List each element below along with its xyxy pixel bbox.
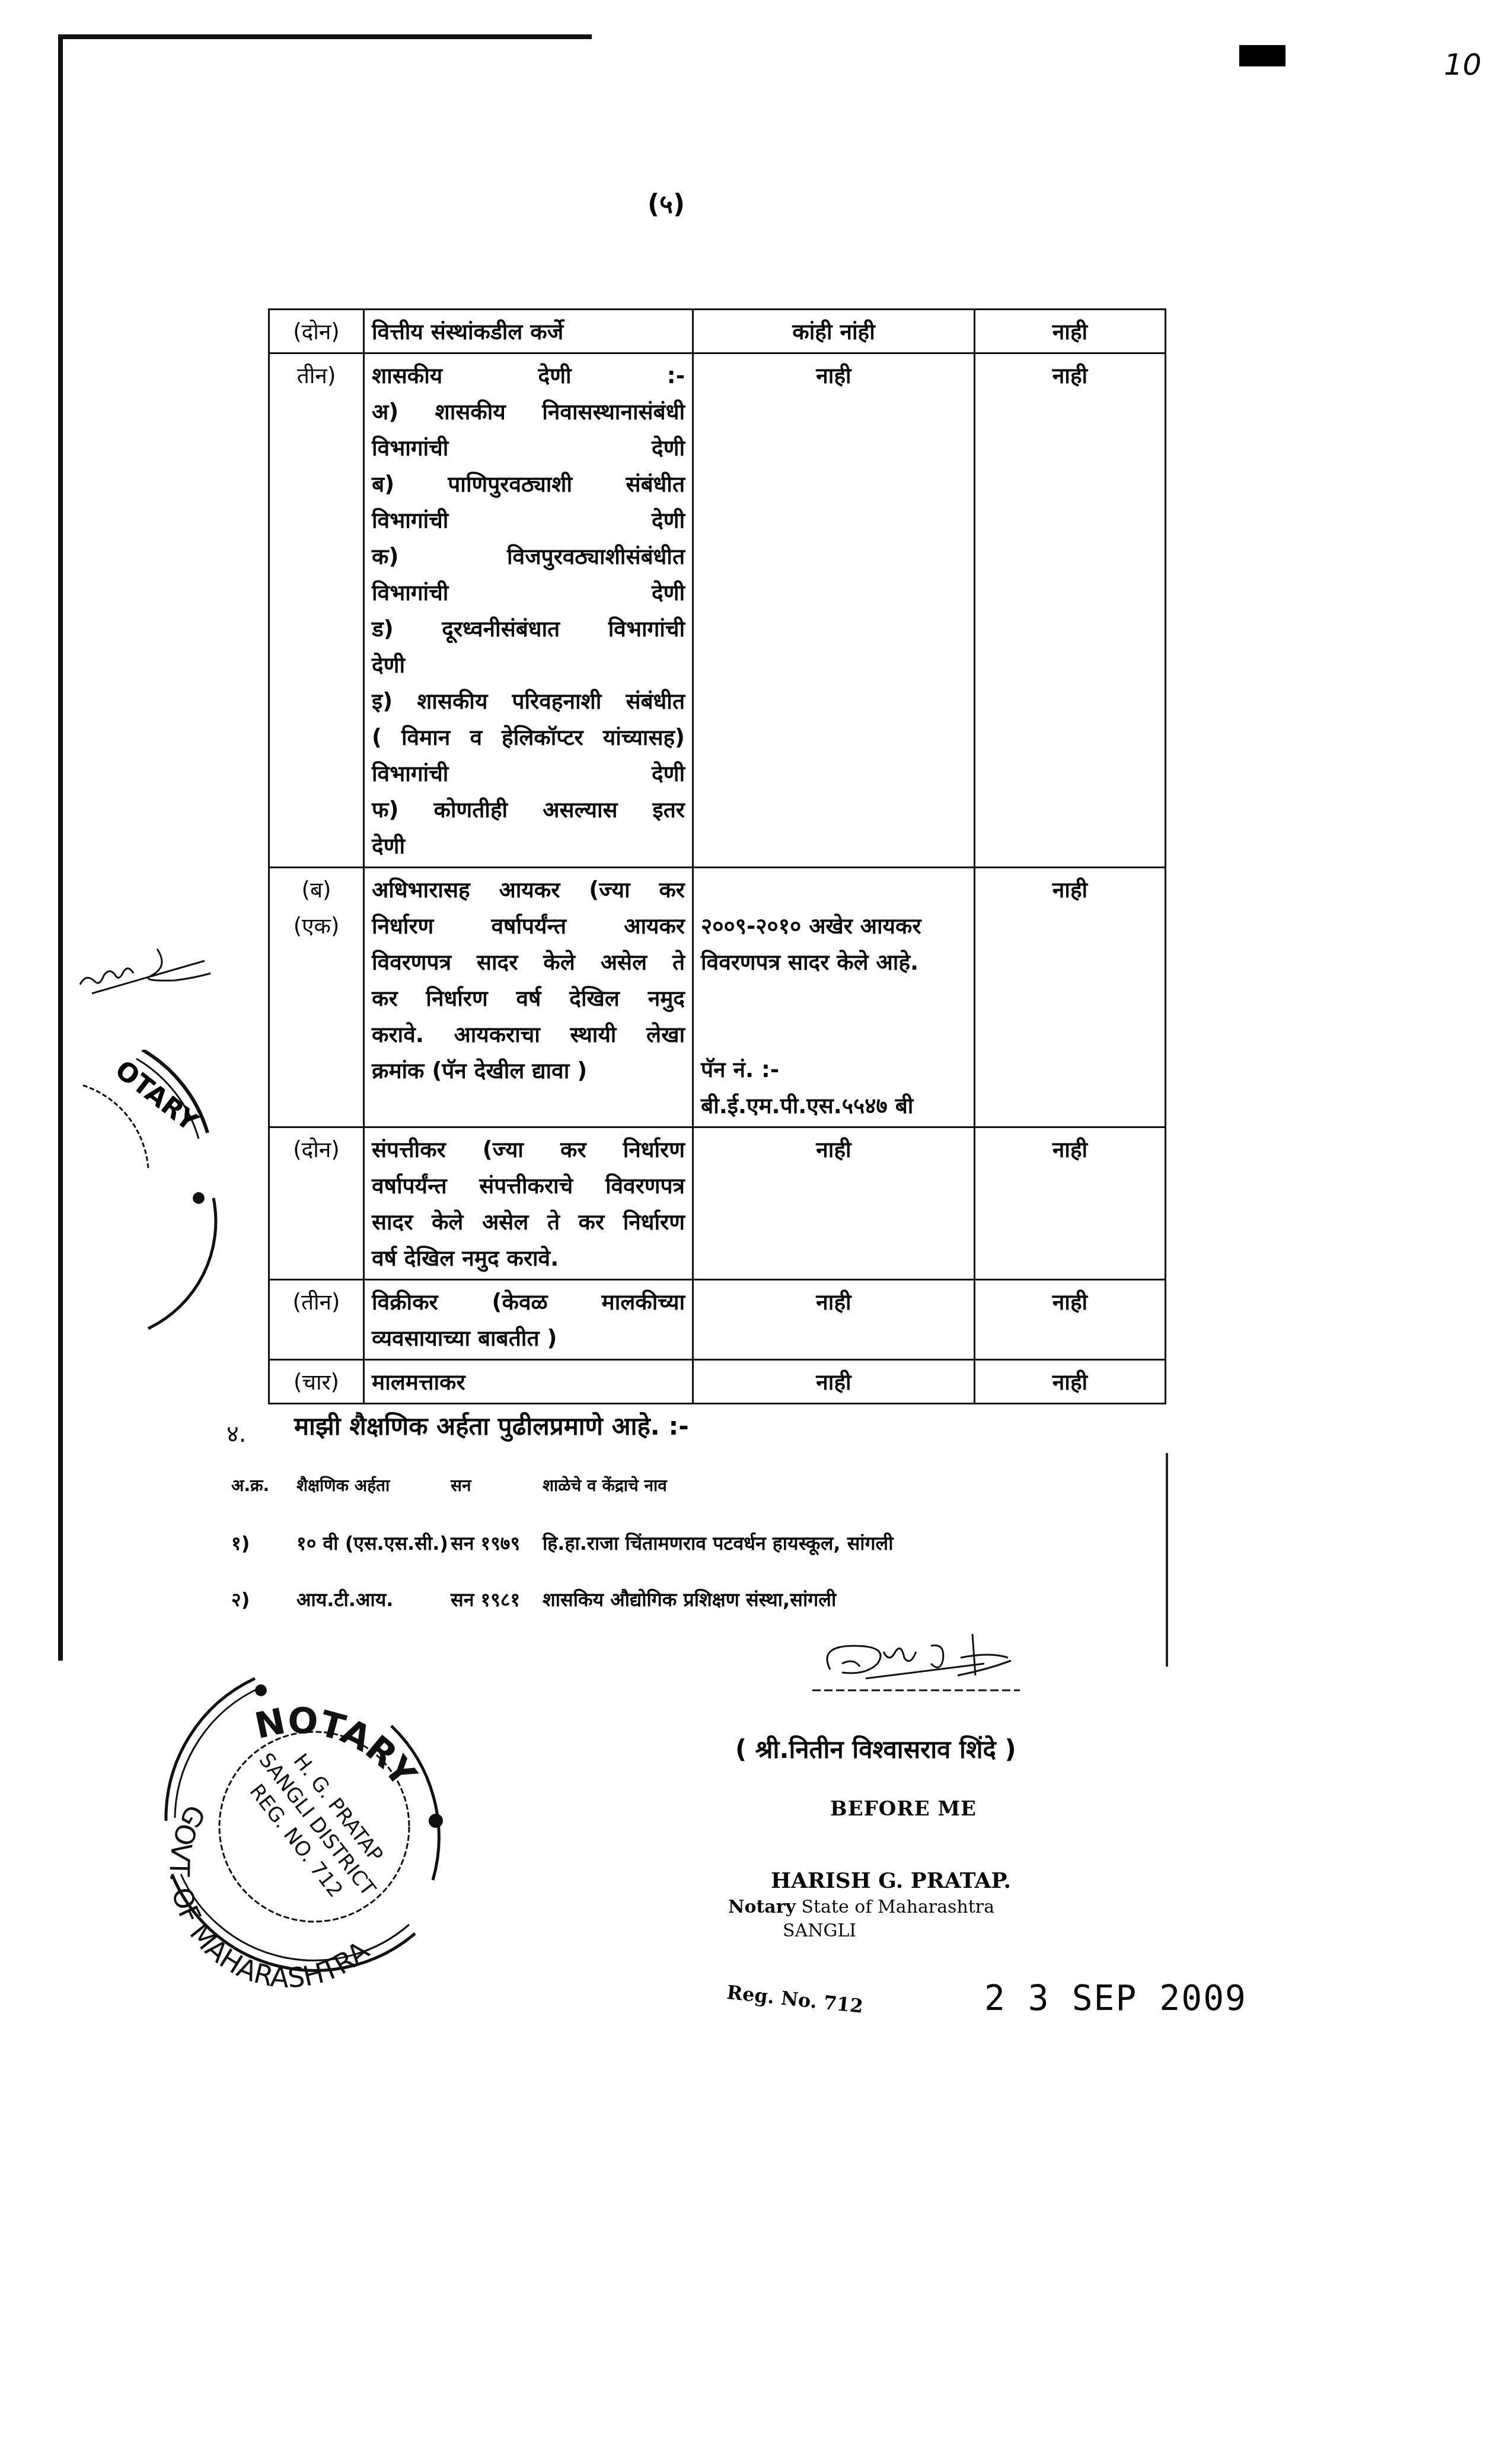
table-row: (दोन)वित्तीय संस्थांकडील कर्जेकांही नांह… — [269, 310, 1166, 353]
col3-line: २००९-२०१० अखेर आयकर — [701, 908, 966, 944]
asset-liability-table: (दोन)वित्तीय संस्थांकडील कर्जेकांही नांह… — [268, 308, 1166, 1404]
row-description: संपत्तीकर (ज्या कर निर्धारणवर्षापर्यंन्त… — [364, 1127, 693, 1280]
description-line: विवरणपत्र सादर केले असेल ते — [372, 944, 685, 980]
row-description: अधिभारासह आयकर (ज्या करनिर्धारण वर्षापर्… — [364, 868, 693, 1127]
page-border-right — [1166, 1453, 1168, 1667]
corner-mark — [1239, 45, 1285, 66]
col-institution: शाळेचे व केंद्राचे नाव — [543, 1474, 667, 1496]
education-qualification: १० वी (एस.एस.सी.) — [296, 1530, 448, 1556]
notary-title: Notary State of Maharashtra — [728, 1897, 994, 1917]
row-serial: तीन) — [269, 353, 364, 868]
description-line: ब) पाणिपुरवठ्याशी संबंधीत — [372, 466, 685, 502]
description-line: व्यवसायाच्या बाबतीत ) — [372, 1320, 685, 1356]
pan-label: पॅन नं. :- — [701, 1052, 966, 1088]
description-line: करावे. आयकराचा स्थायी लेखा — [372, 1017, 685, 1053]
description-line: विभागांची देणी — [372, 430, 685, 466]
education-year: सन १९७९ — [451, 1530, 520, 1556]
table-row: तीन)शासकीय देणी :-अ) शासकीय निवासस्थानास… — [269, 353, 1166, 868]
education-institution: हि.हा.राजा चिंतामणराव पटवर्धन हायस्कूल, … — [543, 1530, 894, 1556]
row-serial: (तीन) — [269, 1280, 364, 1360]
row-description: शासकीय देणी :-अ) शासकीय निवासस्थानासंबंध… — [364, 353, 693, 868]
page-border-left — [58, 36, 63, 1661]
row-value-col4: नाही — [975, 868, 1166, 1127]
description-line: निर्धारण वर्षापर्यंन्त आयकर — [372, 908, 685, 944]
table-row: (चार)मालमत्ताकरनाहीनाही — [269, 1360, 1166, 1404]
table-row: (ब) (एक)अधिभारासह आयकर (ज्या करनिर्धारण … — [269, 868, 1166, 1127]
notary-seal-stamp: NOTARY GOVT. OF MAHARASHTRA H. G. PRATAP… — [136, 1655, 480, 1999]
row-serial: (चार) — [269, 1360, 364, 1404]
partial-notary-stamp: OTARY — [71, 1050, 225, 1346]
education-qualification: आय.टी.आय. — [296, 1587, 393, 1612]
row-value-col4: नाही — [975, 353, 1166, 868]
description-line: क्रमांक (पॅन देखील द्यावा ) — [372, 1053, 685, 1089]
description-line: अधिभारासह आयकर (ज्या कर — [372, 872, 685, 908]
row-description: विक्रीकर (केवळ मालकीच्याव्यवसायाच्या बाब… — [364, 1280, 693, 1360]
description-line: फ) कोणतीही असल्यास इतर — [372, 792, 685, 828]
section-marker: (५) — [647, 185, 685, 221]
row-description: वित्तीय संस्थांकडील कर्जे — [364, 310, 693, 353]
notary-name: HARISH G. PRATAP. — [771, 1868, 1011, 1893]
row-value-col3: नाही — [693, 1280, 975, 1360]
row-serial: (दोन) — [269, 310, 364, 353]
applicant-name: ( श्री.नितीन विश्वासराव शिंदे ) — [735, 1732, 1016, 1766]
page-number: 10 — [1444, 47, 1482, 82]
education-sr: १) — [231, 1530, 250, 1556]
description-line: वर्षापर्यंन्त संपत्तीकराचे विवरणपत्र — [372, 1168, 685, 1204]
description-line: शासकीय देणी :- — [372, 358, 685, 394]
description-line: विभागांची देणी — [372, 502, 685, 539]
row-value-col3: कांही नांही — [693, 310, 975, 353]
before-me-label: BEFORE ME — [830, 1797, 977, 1821]
col-qualification: शैक्षणिक अर्हता — [296, 1474, 390, 1496]
description-line: मालमत्ताकर — [372, 1364, 685, 1400]
description-line: विभागांची देणी — [372, 756, 685, 792]
table-row: (दोन)संपत्तीकर (ज्या कर निर्धारणवर्षापर्… — [269, 1127, 1166, 1280]
table-row: (तीन)विक्रीकर (केवळ मालकीच्याव्यवसायाच्य… — [269, 1280, 1166, 1360]
description-line: देणी — [372, 647, 685, 683]
row-value-col3: नाही — [693, 1360, 975, 1404]
col-year: सन — [451, 1474, 471, 1496]
row-value-col3: २००९-२०१० अखेर आयकरविवरणपत्र सादर केले आ… — [693, 868, 975, 1127]
page-border-top — [58, 34, 592, 39]
col-sr-no: अ.क्र. — [231, 1474, 269, 1496]
row-serial: (ब) (एक) — [269, 868, 364, 1127]
education-heading: माझी शैक्षणिक अर्हता पुढीलप्रमाणे आहे. :… — [294, 1409, 689, 1442]
description-line: ड) दूरध्वनीसंबंधात विभागांची — [372, 611, 685, 647]
description-line: देणी — [372, 828, 685, 864]
education-year: सन १९८१ — [451, 1587, 520, 1612]
description-line: वर्ष देखिल नमुद करावे. — [372, 1240, 685, 1276]
margin-initials-signature — [68, 943, 210, 1008]
education-institution: शासकिय औद्योगिक प्रशिक्षण संस्था,सांगली — [543, 1587, 836, 1612]
row-value-col4: नाही — [975, 1280, 1166, 1360]
education-section-number: ४. — [227, 1416, 247, 1449]
education-sr: २) — [231, 1587, 250, 1612]
notary-city: SANGLI — [783, 1920, 856, 1941]
applicant-signature — [806, 1634, 1044, 1693]
row-value-col4: नाही — [975, 310, 1166, 353]
description-line: ( विमान व हेलिकॉप्टर यांच्यासह) — [372, 719, 685, 756]
pan-number: बी.ई.एम.पी.एस.५५४७ बी — [701, 1088, 966, 1124]
description-line: क) विजपुरवठ्याशीसंबंधीत — [372, 539, 685, 575]
row-value-col3: नाही — [693, 1127, 975, 1280]
description-line: वित्तीय संस्थांकडील कर्जे — [372, 314, 685, 350]
col3-line: विवरणपत्र सादर केले आहे. — [701, 944, 966, 980]
date-stamp: 2 3 SEP 2009 — [984, 1978, 1247, 2018]
notary-title-bold: Notary — [728, 1897, 796, 1917]
row-description: मालमत्ताकर — [364, 1360, 693, 1404]
description-line: अ) शासकीय निवासस्थानासंबंधी — [372, 394, 685, 430]
row-value-col4: नाही — [975, 1127, 1166, 1280]
notary-registration-number: Reg. No. 712 — [726, 1981, 864, 2018]
description-line: संपत्तीकर (ज्या कर निर्धारण — [372, 1132, 685, 1168]
notary-title-rest: State of Maharashtra — [796, 1897, 994, 1917]
row-value-col3: नाही — [693, 353, 975, 868]
description-line: विभागांची देणी — [372, 575, 685, 611]
description-line: इ) शासकीय परिवहनाशी संबंधीत — [372, 683, 685, 719]
description-line: कर निर्धारण वर्ष देखिल नमुद — [372, 980, 685, 1017]
description-line: सादर केले असेल ते कर निर्धारण — [372, 1204, 685, 1240]
row-value-col4: नाही — [975, 1360, 1166, 1404]
row-serial: (दोन) — [269, 1127, 364, 1280]
description-line: विक्रीकर (केवळ मालकीच्या — [372, 1284, 685, 1320]
